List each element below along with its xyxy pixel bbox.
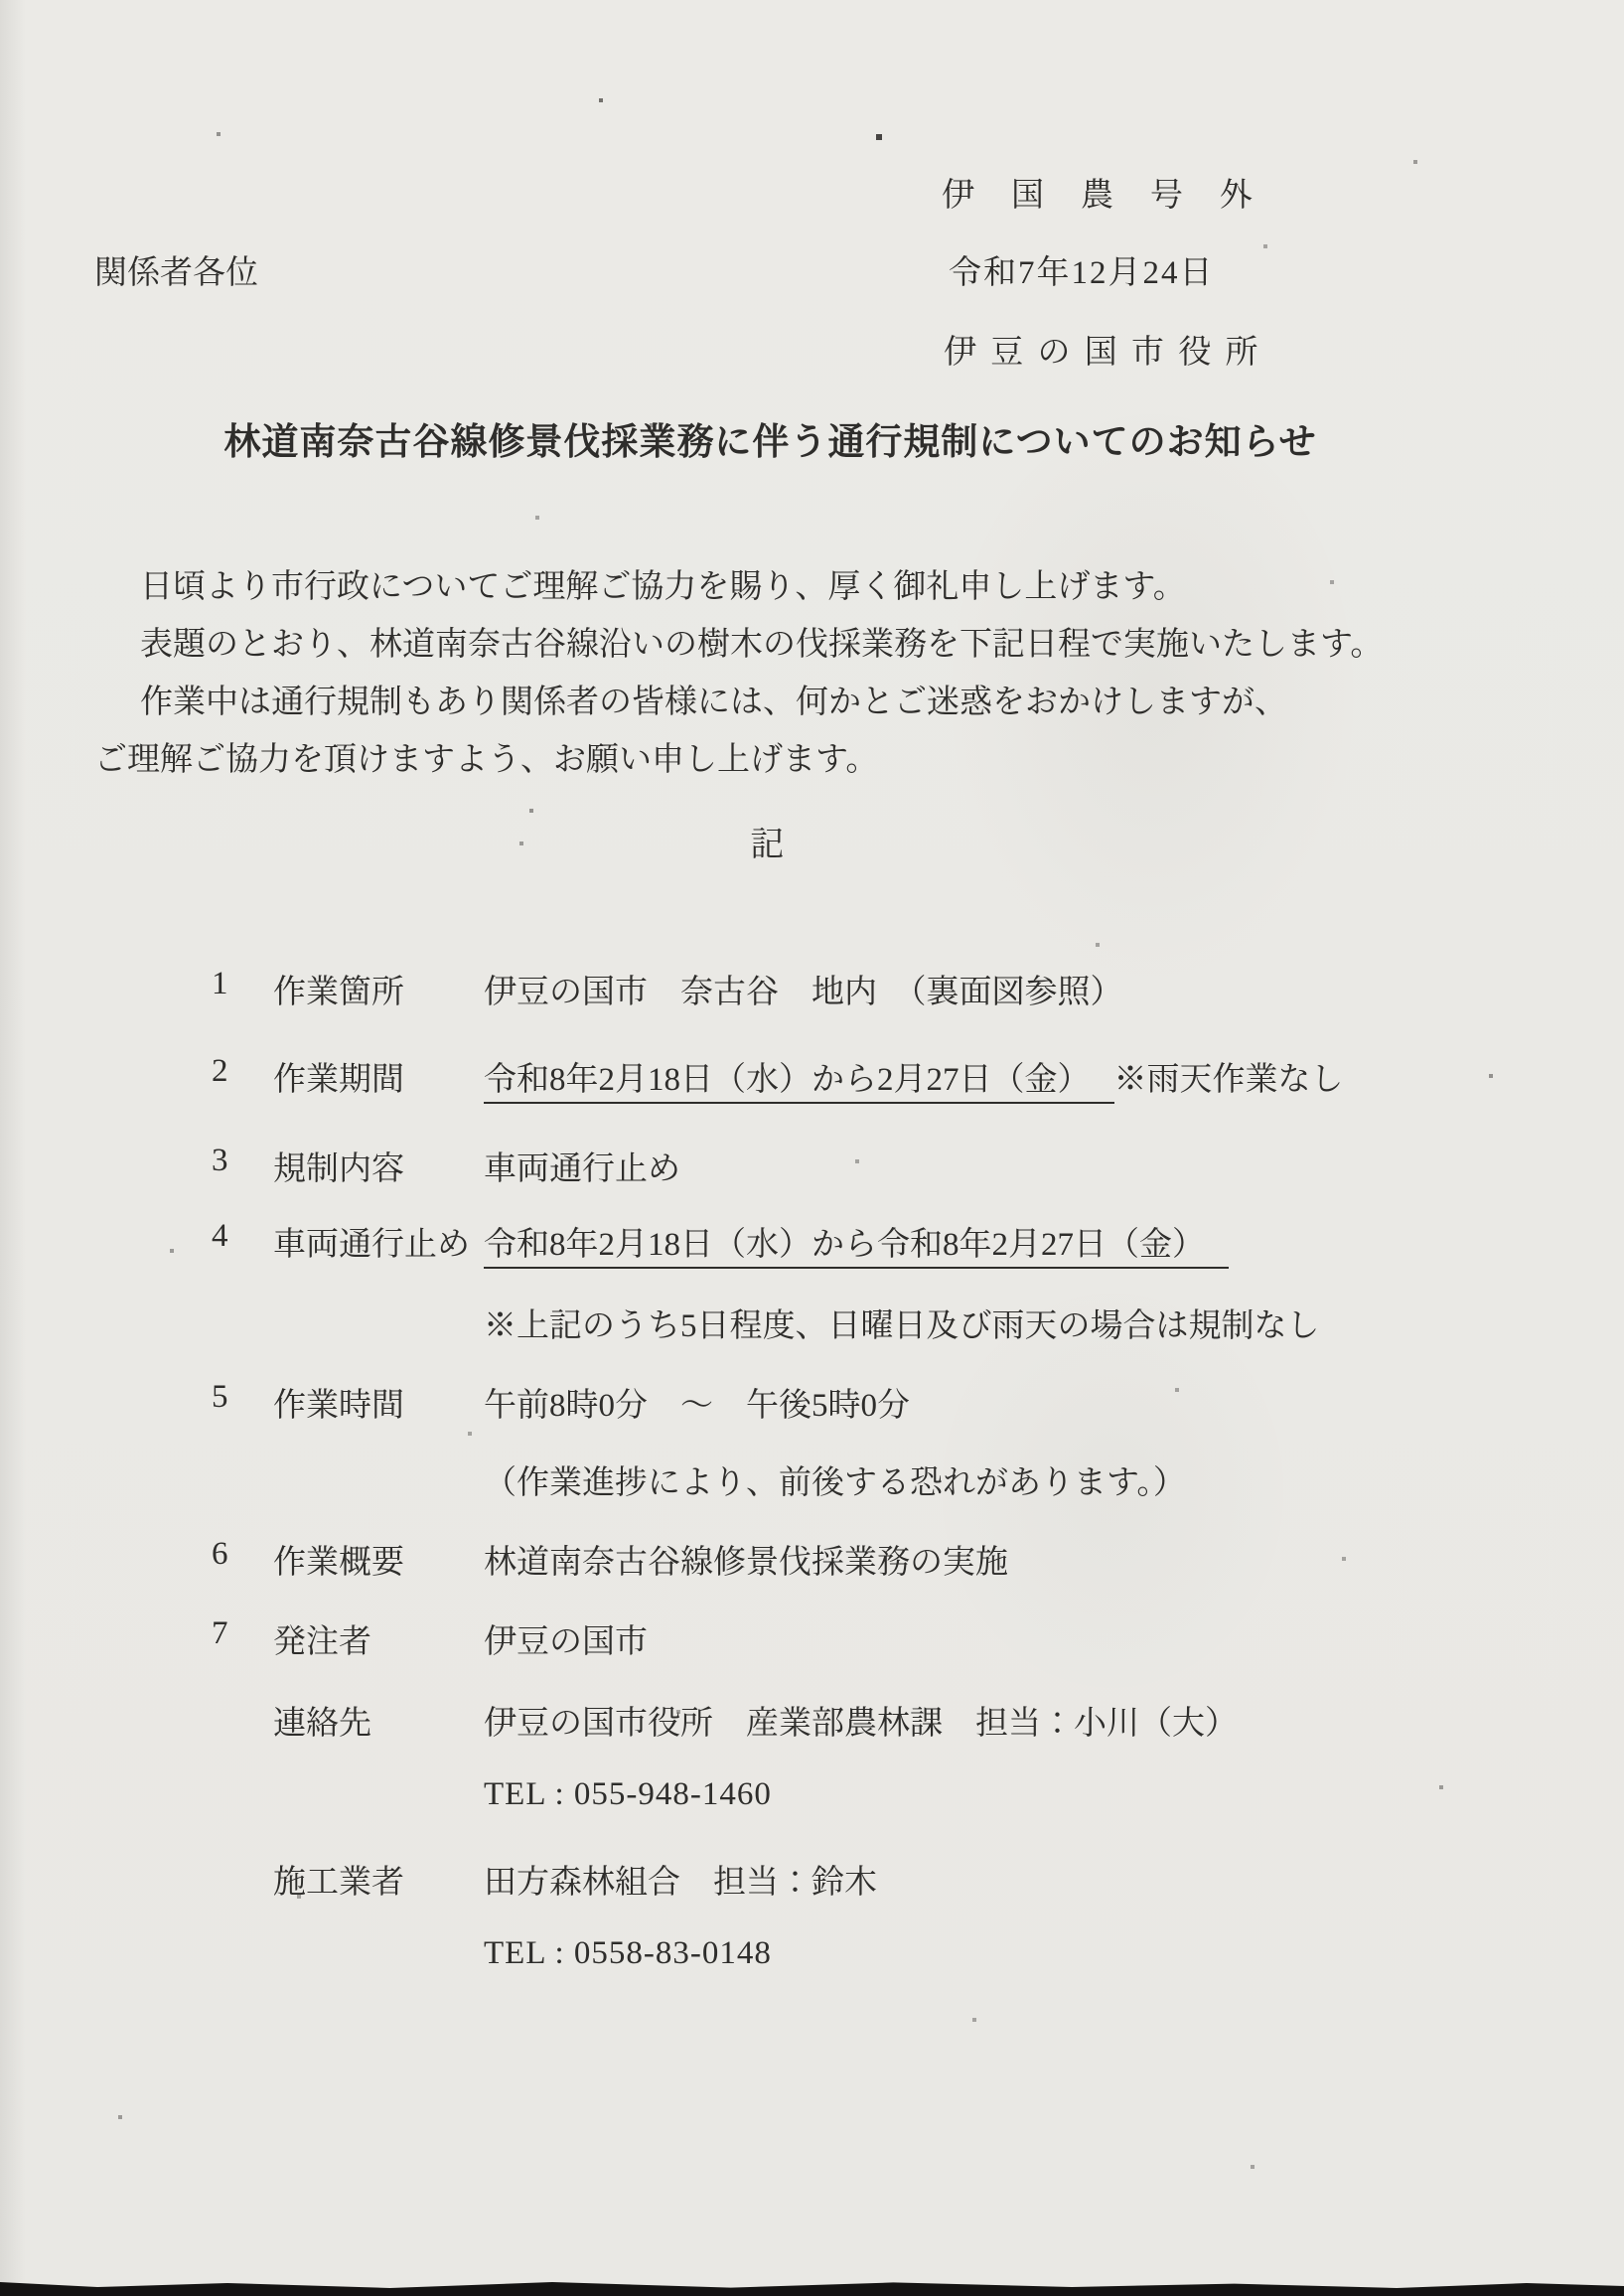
item-value: 車両通行止め [484,1143,1562,1189]
greeting-line: 日頃より市行政についてご理解ご協力を賜り、厚く御礼申し上げます。 [94,558,1405,616]
list-item: 4 車両通行止め 令和8年2月18日（水）から令和8年2月27日（金） [212,1218,1562,1265]
item-number: 3 [212,1143,273,1179]
contact-phone: TEL : 055-948-1460 [484,1776,772,1813]
list-item: 施工業者 田方森林組合 担当：鈴木 [212,1856,1562,1903]
item-number: 2 [212,1053,273,1090]
issue-date: 令和7年12月24日 [949,254,1215,294]
list-item: 2 作業期間 令和8年2月18日（水）から2月27日（金）※雨天作業なし [212,1053,1562,1100]
item-label: 作業概要 [273,1536,484,1583]
item-label: 連絡先 [273,1697,484,1744]
list-item: 1 作業箇所 伊豆の国市 奈古谷 地内 （裏面図参照） [212,966,1562,1012]
item-label: 施工業者 [273,1856,484,1903]
record-marker: 記 [0,817,1579,865]
item-value: 林道南奈古谷線修景伐採業務の実施 [484,1536,1562,1583]
issuer-name: 伊 豆 の 国 市 役 所 [944,334,1261,374]
item-value: 田方森林組合 担当：鈴木 [484,1856,1562,1903]
item-value-underlined: 令和8年2月18日（水）から2月27日（金） [484,1062,1114,1104]
item-value: 令和8年2月18日（水）から令和8年2月27日（金） [484,1218,1562,1265]
item-subline: ※上記のうち5日程度、日曜日及び雨天の場合は規制なし [484,1300,1320,1346]
item-value: 伊豆の国市 [484,1615,1562,1662]
item-number: 1 [212,966,273,1002]
item-number: 4 [212,1218,273,1255]
item-number: 6 [212,1536,273,1573]
item-number: 5 [212,1379,273,1416]
list-item: 6 作業概要 林道南奈古谷線修景伐採業務の実施 [212,1536,1562,1583]
item-label: 作業箇所 [273,966,484,1012]
list-item: 5 作業時間 午前8時0分 ～ 午後5時0分 [212,1379,1562,1426]
document-title: 林道南奈古谷線修景伐採業務に伴う通行規制についてのお知らせ [0,411,1582,465]
list-item: 連絡先 伊豆の国市役所 産業部農林課 担当：小川（大） [212,1697,1562,1744]
scanned-notice-page: 伊 国 農 号 外 関係者各位 令和7年12月24日 伊 豆 の 国 市 役 所… [0,0,1624,2296]
list-item: 3 規制内容 車両通行止め [212,1143,1562,1189]
item-value: 伊豆の国市役所 産業部農林課 担当：小川（大） [484,1697,1562,1744]
item-value: 午前8時0分 ～ 午後5時0分 [484,1379,1562,1426]
item-label: 規制内容 [273,1143,484,1189]
greeting-line: 表題のとおり、林道南奈古谷線沿いの樹木の伐採業務を下記日程で実施いたします。 [94,616,1405,674]
item-value-note: ※雨天作業なし [1114,1062,1344,1098]
contractor-phone: TEL : 0558-83-0148 [484,1935,772,1972]
item-subline: （作業進捗により、前後する恐れがあります。） [484,1456,1186,1503]
greeting-line: ご理解ご協力を頂けますよう、お願い申し上げます。 [94,731,1405,789]
item-number: 7 [212,1615,273,1652]
item-label: 発注者 [273,1615,484,1662]
item-label: 作業期間 [273,1053,484,1100]
list-item: 7 発注者 伊豆の国市 [212,1615,1562,1662]
document-number: 伊 国 農 号 外 [942,177,1255,217]
item-label: 作業時間 [273,1379,484,1426]
scan-bottom-edge [0,2276,1624,2296]
item-label: 車両通行止め [273,1218,484,1265]
scan-noise-speckles [0,0,2,2]
item-value: 伊豆の国市 奈古谷 地内 （裏面図参照） [484,966,1562,1012]
greeting-paragraph: 日頃より市行政についてご理解ご協力を賜り、厚く御礼申し上げます。 表題のとおり、… [94,558,1405,789]
recipient-line: 関係者各位 [94,254,258,294]
greeting-line: 作業中は通行規制もあり関係者の皆様には、何かとご迷惑をおかけしますが、 [94,674,1405,731]
item-value-underlined: 令和8年2月18日（水）から令和8年2月27日（金） [484,1227,1229,1269]
item-value: 令和8年2月18日（水）から2月27日（金）※雨天作業なし [484,1053,1562,1100]
